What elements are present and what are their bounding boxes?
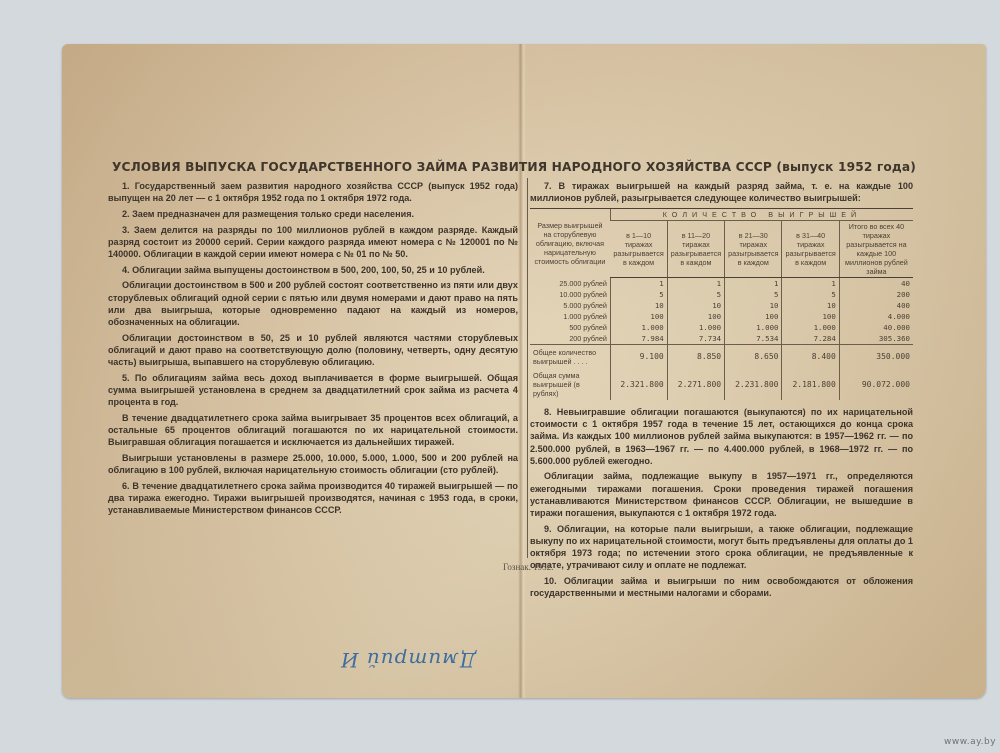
table-cell: 8.650 <box>725 344 782 368</box>
table-row: 500 рублей1.0001.0001.0001.00040.000 <box>530 322 913 333</box>
table-cell: 5 <box>782 289 839 300</box>
table-cell: 10 <box>667 300 724 311</box>
center-fold-crease <box>518 44 526 698</box>
paragraph-4: 4. Облигации займа выпущены достоинством… <box>108 264 518 276</box>
table-cell: 7.284 <box>782 333 839 345</box>
paragraph-9: 9. Облигации, на которые пали выигрыши, … <box>530 523 913 572</box>
paragraph-5: 5. По облигациям займа весь доход выплач… <box>108 372 518 409</box>
table-cell: 5 <box>725 289 782 300</box>
table-cell: 10 <box>725 300 782 311</box>
table-row: 5.000 рублей10101010400 <box>530 300 913 311</box>
table-cell: 8.850 <box>667 344 724 368</box>
table-cell: 7.984 <box>610 333 667 345</box>
paragraph-2: 2. Заем предназначен для размещения толь… <box>108 208 518 220</box>
site-watermark: www.ay.by <box>944 737 996 747</box>
table-row: 1.000 рублей1001001001004.000 <box>530 311 913 322</box>
table-cell: 90.072.000 <box>839 368 913 400</box>
table-row-total-count: Общее количество выигрышей . . . . 9.100… <box>530 344 913 368</box>
prize-size-label: 25.000 рублей <box>530 277 610 289</box>
table-row: 25.000 рублей111140 <box>530 277 913 289</box>
table-cell: 1 <box>610 277 667 289</box>
printer-imprint: Гознак. 1952. <box>503 562 553 572</box>
table-cell: 100 <box>667 311 724 322</box>
column-divider <box>527 178 528 558</box>
table-row-total-sum: Общая сумма выигрышей (в рублях) 2.321.8… <box>530 368 913 400</box>
prize-count-group-header: КОЛИЧЕСТВО ВЫИГРЫШЕЙ <box>610 208 913 220</box>
table-cell: 2.181.800 <box>782 368 839 400</box>
total-count-label: Общее количество выигрышей . . . . <box>530 344 610 368</box>
table-cell: 5 <box>610 289 667 300</box>
table-cell: 7.534 <box>725 333 782 345</box>
table-cell: 1.000 <box>725 322 782 333</box>
table-cell: 100 <box>725 311 782 322</box>
table-cell: 10 <box>782 300 839 311</box>
table-cell: 5 <box>667 289 724 300</box>
column-header-draws-11-20: в 11—20 тиражах разыгрывается в каждом <box>667 220 724 277</box>
right-column: 7. В тиражах выигрышей на каждый разряд … <box>530 180 913 603</box>
table-cell: 7.734 <box>667 333 724 345</box>
table-cell: 1 <box>782 277 839 289</box>
table-row: 200 рублей7.9847.7347.5347.284305.360 <box>530 333 913 345</box>
table-cell: 305.360 <box>839 333 913 345</box>
prize-size-label: 1.000 рублей <box>530 311 610 322</box>
total-sum-label: Общая сумма выигрышей (в рублях) <box>530 368 610 400</box>
paragraph-6: 6. В течение двадцатилетнего срока займа… <box>108 480 518 517</box>
handwritten-signature: Дмитрий И <box>340 648 476 672</box>
paragraph-3: 3. Заем делится на разряды по 100 миллио… <box>108 224 518 261</box>
table-row: 10.000 рублей5555200 <box>530 289 913 300</box>
table-cell: 1.000 <box>782 322 839 333</box>
table-cell: 10 <box>610 300 667 311</box>
table-cell: 100 <box>782 311 839 322</box>
table-cell: 1 <box>725 277 782 289</box>
paragraph-4-fractions: Облигации достоинством в 50, 25 и 10 руб… <box>108 332 518 369</box>
table-cell: 4.000 <box>839 311 913 322</box>
table-cell: 1.000 <box>667 322 724 333</box>
paragraph-5-prizes: Выигрыши установлены в размере 25.000, 1… <box>108 452 518 476</box>
prize-size-header: Размер выигрышей на сторублевую облигаци… <box>530 208 610 277</box>
paragraph-7: 7. В тиражах выигрышей на каждый разряд … <box>530 180 913 204</box>
column-header-total: Итого во всех 40 тиражах разыгрывается н… <box>839 220 913 277</box>
document-title: УСЛОВИЯ ВЫПУСКА ГОСУДАРСТВЕННОГО ЗАЙМА Р… <box>112 160 932 174</box>
table-cell: 400 <box>839 300 913 311</box>
left-column: 1. Государственный заем развития народно… <box>108 180 518 520</box>
table-cell: 9.100 <box>610 344 667 368</box>
prize-size-label: 5.000 рублей <box>530 300 610 311</box>
table-cell: 200 <box>839 289 913 300</box>
table-cell: 8.400 <box>782 344 839 368</box>
paragraph-8-redemption: Облигации займа, подлежащие выкупу в 195… <box>530 470 913 519</box>
table-cell: 2.271.800 <box>667 368 724 400</box>
prize-size-label: 500 рублей <box>530 322 610 333</box>
table-cell: 2.321.800 <box>610 368 667 400</box>
prize-size-label: 10.000 рублей <box>530 289 610 300</box>
paragraph-8: 8. Невыигравшие облигации погашаются (вы… <box>530 406 913 467</box>
column-header-draws-1-10: в 1—10 тиражах разыгрывается в каждом <box>610 220 667 277</box>
table-cell: 2.231.800 <box>725 368 782 400</box>
column-header-draws-31-40: в 31—40 тиражах разыгрывается в каждом <box>782 220 839 277</box>
table-cell: 40.000 <box>839 322 913 333</box>
table-cell: 1 <box>667 277 724 289</box>
paragraph-4-denominations: Облигации достоинством в 500 и 200 рубле… <box>108 279 518 328</box>
table-cell: 100 <box>610 311 667 322</box>
prize-table: Размер выигрышей на сторублевую облигаци… <box>530 208 913 400</box>
paragraph-10: 10. Облигации займа и выигрыши по ним ос… <box>530 575 913 599</box>
column-header-draws-21-30: в 21—30 тиражах разыгрывается в каждом <box>725 220 782 277</box>
paragraph-1: 1. Государственный заем развития народно… <box>108 180 518 204</box>
table-cell: 40 <box>839 277 913 289</box>
prize-size-label: 200 рублей <box>530 333 610 345</box>
table-cell: 1.000 <box>610 322 667 333</box>
table-cell: 350.000 <box>839 344 913 368</box>
paragraph-5-percent: В течение двадцатилетнего срока займа вы… <box>108 412 518 449</box>
